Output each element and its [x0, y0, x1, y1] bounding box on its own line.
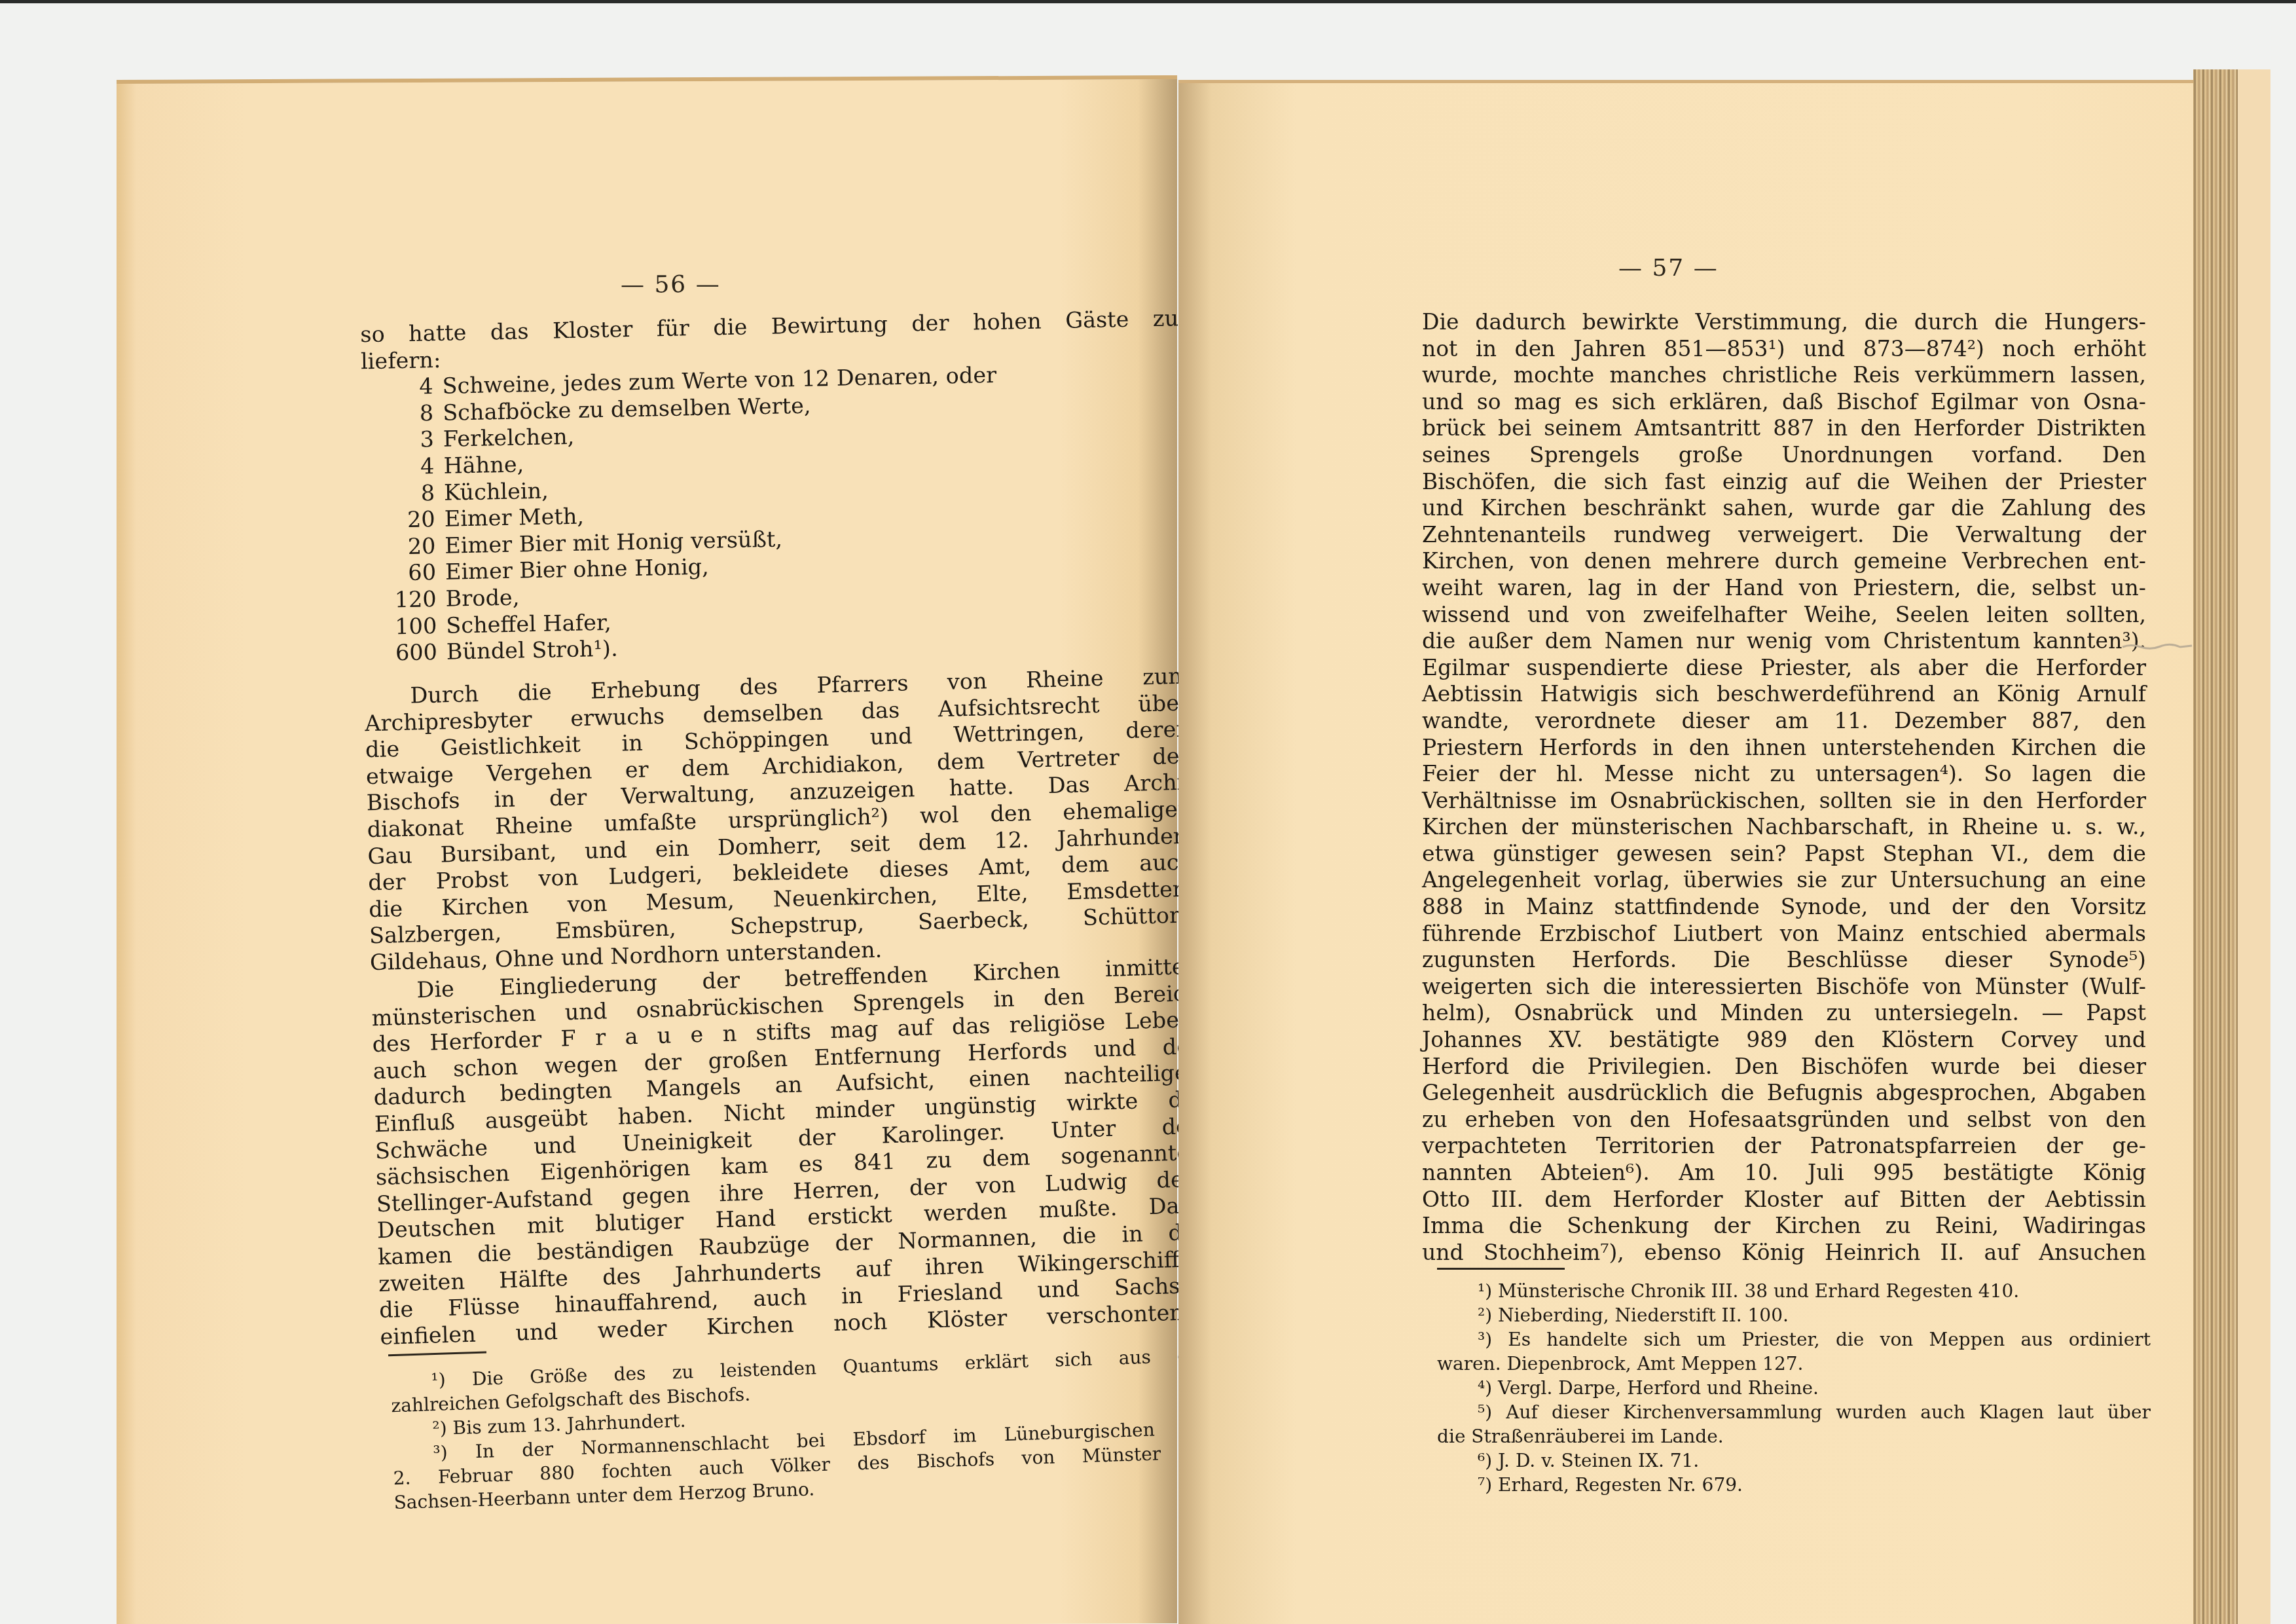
text-line: Verhältnisse im Osnabrückischen, sollten…: [1422, 788, 2146, 815]
footnote-divider: [1437, 1268, 1565, 1270]
text-line: seines Sprengels große Unordnungen vorfa…: [1422, 442, 2146, 469]
text-line: not in den Jahren 851—853¹) und 873—874²…: [1422, 336, 2146, 363]
page-57: — 57 — Die dadurch bewirkte Verstimmung,…: [1178, 80, 2193, 1624]
pencil-mark: [2121, 638, 2193, 648]
text-line: und so mag es sich erklären, daß Bischof…: [1422, 389, 2146, 416]
left-body: so hatte das Kloster für die Bewirtung d…: [360, 305, 1184, 667]
text-line: Herford die Privilegien. Den Bischöfen w…: [1422, 1054, 2146, 1080]
page-number: — 56 —: [621, 271, 721, 299]
text-line: Feier der hl. Messe nicht zu untersagen⁴…: [1422, 761, 2146, 788]
left-paragraph-2: Die Eingliederung der betreffenden Kirch…: [371, 953, 1208, 1351]
text-line: wissend und von zweifelhafter Weihe, See…: [1422, 602, 2146, 629]
text-line: etwa günstiger gewesen sein? Papst Steph…: [1422, 841, 2146, 868]
text-line: Angelegenheit vorlag, überwies sie zur U…: [1422, 867, 2146, 894]
text-line: zu erheben von den Hofesaatsgründen und …: [1422, 1107, 2146, 1134]
right-body: Die dadurch bewirkte Verstimmung, die du…: [1422, 309, 2146, 1266]
text-line: helm), Osnabrück und Minden zu untersieg…: [1422, 1000, 2146, 1027]
footnote-1: ¹) Münsterische Chronik III. 38 und Erha…: [1437, 1279, 2151, 1303]
page-56: — 56 — so hatte das Kloster für die Bewi…: [117, 75, 1177, 1624]
scanner-edge: [0, 0, 2296, 3]
text-line: Bischöfen, die sich fast einzig auf die …: [1422, 469, 2146, 496]
right-footnotes: ¹) Münsterische Chronik III. 38 und Erha…: [1437, 1279, 2151, 1497]
text-line: und Stochheim⁷), ebenso König Heinrich I…: [1422, 1240, 2146, 1266]
text-line: Zehntenanteils rundweg verweigert. Die V…: [1422, 522, 2146, 549]
footnote-5: ⁵) Auf dieser Kirchenversammlung wurden …: [1437, 1400, 2151, 1424]
text-line: weigerten sich die interessierten Bischö…: [1422, 974, 2146, 1001]
text-line: brück bei seinem Amtsantritt 887 in den …: [1422, 415, 2146, 442]
text-line: Egilmar suspendierte diese Priester, als…: [1422, 655, 2146, 682]
open-book: — 56 — so hatte das Kloster für die Bewi…: [117, 80, 2270, 1624]
footnote-divider: [388, 1352, 486, 1357]
footnote-4: ⁴) Vergl. Darpe, Herford und Rheine.: [1437, 1376, 2151, 1400]
text-line: weiht waren, lag in der Hand von Prieste…: [1422, 575, 2146, 602]
text-line: die außer dem Namen nur wenig vom Christ…: [1422, 628, 2146, 655]
text-line: Aebtissin Hatwigis sich beschwerdeführen…: [1422, 681, 2146, 708]
text-line: wandte, verordnete dieser am 11. Dezembe…: [1422, 708, 2146, 735]
text-line: Kirchen, von denen mehrere durch gemeine…: [1422, 548, 2146, 575]
footnote-6: ⁶) J. D. v. Steinen IX. 71.: [1437, 1449, 2151, 1473]
page-block-edges: [2193, 69, 2270, 1624]
text-line: Gelegenheit ausdrücklich die Befugnis ab…: [1422, 1080, 2146, 1107]
text-line: verpachteten Territorien der Patronatspf…: [1422, 1133, 2146, 1160]
footnote-2: ²) Nieberding, Niederstift II. 100.: [1437, 1303, 2151, 1327]
text-line: und Kirchen beschränkt sahen, wurde gar …: [1422, 495, 2146, 522]
left-footnotes: ¹) Die Größe des zu leistenden Quantums …: [390, 1343, 1212, 1515]
footnote-7: ⁷) Erhard, Regesten Nr. 679.: [1437, 1473, 2151, 1497]
text-line: Die dadurch bewirkte Verstimmung, die du…: [1422, 309, 2146, 336]
text-line: Priestern Herfords in den ihnen unterste…: [1422, 735, 2146, 762]
text-line: wurde, mochte manches christliche Reis v…: [1422, 362, 2146, 389]
text-line: 888 in Mainz stattfindende Synode, und d…: [1422, 894, 2146, 921]
footnote-3: ³) Es handelte sich um Priester, die von…: [1437, 1327, 2151, 1352]
page-number: — 57 —: [1618, 255, 1719, 282]
provisions-list: 4Schweine, jedes zum Werte von 12 Denare…: [361, 358, 1184, 667]
footnote-5-cont: die Straßenräuberei im Lande.: [1437, 1424, 2151, 1449]
left-paragraph-1: Durch die Erhebung des Pfarrers von Rhei…: [364, 663, 1195, 976]
text-line: führende Erzbischof Liutbert von Mainz e…: [1422, 921, 2146, 948]
text-line: Kirchen der münsterischen Nachbarschaft,…: [1422, 814, 2146, 841]
text-line: zugunsten Herfords. Die Beschlüsse diese…: [1422, 947, 2146, 974]
text-line: Otto III. dem Herforder Kloster auf Bitt…: [1422, 1187, 2146, 1213]
text-line: nannten Abteien⁶). Am 10. Juli 995 bestä…: [1422, 1160, 2146, 1187]
footnote-3-cont: waren. Diepenbrock, Amt Meppen 127.: [1437, 1352, 2151, 1376]
text-line: Johannes XV. bestätigte 989 den Klöstern…: [1422, 1027, 2146, 1054]
text-line: Imma die Schenkung der Kirchen zu Reini,…: [1422, 1213, 2146, 1240]
